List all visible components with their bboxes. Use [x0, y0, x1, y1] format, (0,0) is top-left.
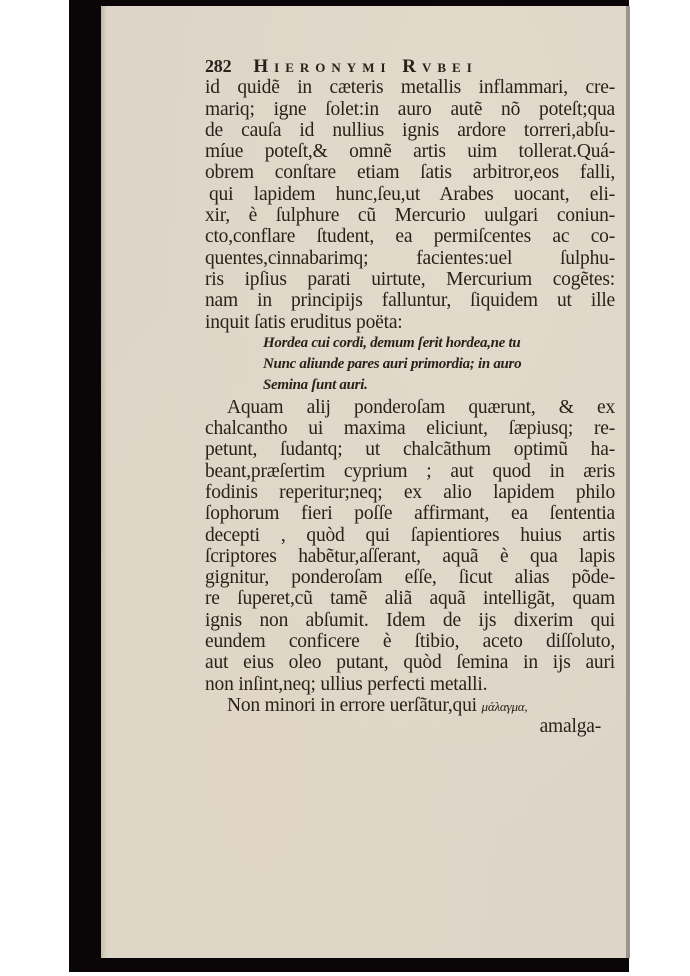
text-run: Non minori in errore uerſãtur,qui: [227, 695, 482, 716]
text-line: decepti , quòd qui ſapientiores huius ar…: [205, 525, 615, 546]
text-line: eundem conficere è ſtibio, aceto diſſolu…: [205, 631, 615, 652]
text-line: id quidẽ in cæteris metallis inflammari,…: [205, 77, 615, 98]
text-line: chalcantho ui maxima eliciunt, ſæpiusq; …: [205, 418, 615, 439]
running-head: 282 Hieronymi Rvbei: [205, 56, 615, 77]
text-line: aut eius oleo putant, quòd ſemina in ijs…: [205, 652, 615, 673]
catchword: amalga-: [205, 716, 615, 737]
page-edge-shadow: [626, 6, 630, 958]
text-line: fodinis reperitur;neq; ex alio lapidem p…: [205, 482, 615, 503]
text-line: obrem conſtare etiam ſatis arbitror,eos …: [205, 162, 615, 183]
text-line: de cauſa id nullius ignis ardore torreri…: [205, 120, 615, 141]
text-line: non inſint,neq; ullius perfecti metalli.: [205, 674, 615, 695]
page-text-block: 282 Hieronymi Rvbei id quidẽ in cæteris …: [205, 56, 615, 738]
verse-line: Semina ſunt auri.: [205, 375, 615, 396]
running-title: Hieronymi Rvbei: [253, 56, 477, 77]
page-number: 282: [205, 56, 231, 77]
text-line: cto,conflare ſtudent, ea permiſcentes ac…: [205, 226, 615, 247]
text-line: mariq; igne ſolet:in auro autẽ nõ poteſt…: [205, 99, 615, 120]
text-line: míue poteſt,& omnẽ artis uim tollerat.Qu…: [205, 141, 615, 162]
text-line: quentes,cinnabarimq; facientes:uel ſulph…: [205, 248, 615, 269]
text-line: qui lapidem hunc,ſeu,ut Arabes uocant, e…: [205, 184, 615, 205]
verse-line: Hordea cui cordi, demum ſerit hordea,ne …: [205, 333, 615, 354]
text-line: nam in principijs falluntur, ſiquidem ut…: [205, 290, 615, 311]
text-line: ſcriptores habẽtur,aſſerant, aquã è qua …: [205, 546, 615, 567]
paragraph-2: Aquam alij ponderoſam quærunt, & ex chal…: [205, 397, 615, 695]
verse-quotation: Hordea cui cordi, demum ſerit hordea,ne …: [205, 333, 615, 397]
text-line: beant,præſertim cyprium ; aut quod in ær…: [205, 461, 615, 482]
text-line: xir, è ſulphure cũ Mercurio uulgari coni…: [205, 205, 615, 226]
text-line: ſophorum fieri poſſe affirmant, ea ſente…: [205, 503, 615, 524]
text-line: Non minori in errore uerſãtur,qui μάλαγμ…: [205, 695, 615, 716]
verse-line: Nunc aliunde pares auri primordia; in au…: [205, 354, 615, 375]
paragraph-1: id quidẽ in cæteris metallis inflammari,…: [205, 77, 615, 333]
text-line: re ſuperet,cũ tamẽ aliã aquã intelligãt,…: [205, 588, 615, 609]
text-line: petunt, ſudantq; ut chalcãthum optimũ ha…: [205, 439, 615, 460]
text-line: Aquam alij ponderoſam quærunt, & ex: [205, 397, 615, 418]
greek-word: μάλαγμα,: [482, 699, 528, 714]
text-line: gignitur, ponderoſam eſſe, ſicut alias p…: [205, 567, 615, 588]
paragraph-3: Non minori in errore uerſãtur,qui μάλαγμ…: [205, 695, 615, 738]
text-line: ignis non abſumit. Idem de ijs dixerim q…: [205, 610, 615, 631]
text-line: ris ipſius parati uirtute, Mercurium cog…: [205, 269, 615, 290]
text-line: inquit ſatis eruditus poëta:: [205, 312, 615, 333]
